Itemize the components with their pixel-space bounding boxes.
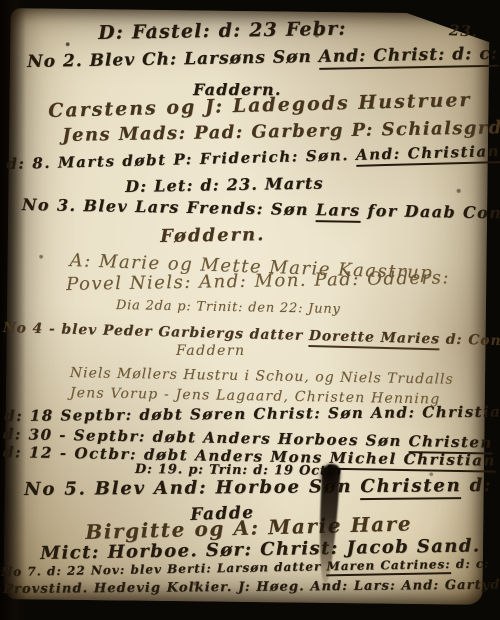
- manuscript-line: No 5. Blev And: Horboe Søn Christen d: c…: [24, 477, 500, 500]
- handwriting-text: for Daab Conf:: [360, 201, 500, 223]
- underlined-name: Maren Catrines:: [326, 557, 450, 576]
- handwriting-text: Carstens og J: Ladegods Hustruer: [48, 89, 472, 122]
- handwriting-text: D: Fastel: d: 23 Febr:: [98, 18, 347, 44]
- manuscript-line: D: Fastel: d: 23 Febr:: [98, 20, 347, 44]
- manuscript-line: Provstind. Hedevig Kolkier. J: Høeg. And…: [3, 579, 500, 597]
- handwriting-text: No 3. Blev Lars Frends: Søn: [22, 195, 316, 219]
- manuscript-line: Jens Mads: Pad: Garberg P: Schialsgrd.: [62, 119, 500, 146]
- handwriting-text: d: c:: [461, 475, 500, 497]
- handwriting-text: d: 18 Septbr: døbt Søren Christ: Søn And…: [4, 403, 500, 425]
- underlined-name: And: Christian: [356, 142, 500, 167]
- manuscript-line: Dia 2da p: Trinit: den 22: Juny: [116, 299, 341, 317]
- page-number: 23.: [449, 21, 479, 40]
- manuscript-line: d: 8. Marts døbt P: Friderich: Søn. And:…: [6, 144, 500, 173]
- handwriting-layer: 23. D: Fastel: d: 23 Febr:No 2. Blev Ch:…: [0, 0, 500, 620]
- handwriting-text: No 4 - blev Peder Garbiergs datter: [3, 320, 309, 344]
- underlined-name: Christen: [360, 475, 461, 500]
- handwriting-text: Jens Mads: Pad: Garberg P: Schialsgrd.: [62, 117, 500, 146]
- manuscript-line: No 2. Blev Ch: Larsøns Søn And: Christ: …: [27, 46, 498, 72]
- handwriting-text: Føddern.: [160, 224, 266, 247]
- handwriting-text: d: 8. Marts døbt P: Friderich: Søn.: [6, 146, 356, 173]
- handwriting-text: d: c:: [451, 556, 490, 571]
- scan-frame: 23. D: Fastel: d: 23 Febr:No 2. Blev Ch:…: [0, 0, 500, 620]
- handwriting-text: Dia 2da p: Trinit: den 22: Juny: [116, 298, 341, 317]
- underlined-name: And: Christ: d: c:: [318, 44, 498, 70]
- manuscript-line: Povel Niels: And: Mon. Pad: Odders:: [66, 269, 450, 295]
- manuscript-line: No 3. Blev Lars Frends: Søn Lars for Daa…: [22, 197, 500, 222]
- handwriting-text: No 5. Blev And: Horboe Søn: [24, 476, 360, 500]
- manuscript-line: Carstens og J: Ladegods Hustruer: [48, 91, 472, 122]
- manuscript-line: Faddern: [176, 344, 246, 359]
- handwriting-text: d: Conf:: [440, 331, 500, 349]
- handwriting-text: Faddern: [176, 343, 246, 359]
- underlined-name: Lars: [316, 200, 361, 223]
- manuscript-line: No 4 - blev Peder Garbiergs datter Doret…: [3, 321, 500, 349]
- handwriting-text: D: Let: d: 23. Marts: [125, 174, 324, 196]
- handwriting-text: Provstind. Hedevig Kolkier. J: Høeg. And…: [3, 578, 500, 597]
- manuscript-line: D: Let: d: 23. Marts: [125, 176, 324, 196]
- manuscript-line: d: 18 Septbr: døbt Søren Christ: Søn And…: [4, 405, 500, 425]
- handwriting-text: Niels Møllers Hustru i Schou, og Niels T…: [70, 365, 454, 388]
- underlined-name: Michel Christian: [329, 449, 496, 473]
- handwriting-text: No 2. Blev Ch: Larsøns Søn: [27, 47, 319, 72]
- manuscript-line: Niels Møllers Hustru i Schou, og Niels T…: [70, 366, 454, 387]
- underlined-name: Dorette Maries: [309, 328, 441, 350]
- manuscript-line: Føddern.: [160, 226, 266, 247]
